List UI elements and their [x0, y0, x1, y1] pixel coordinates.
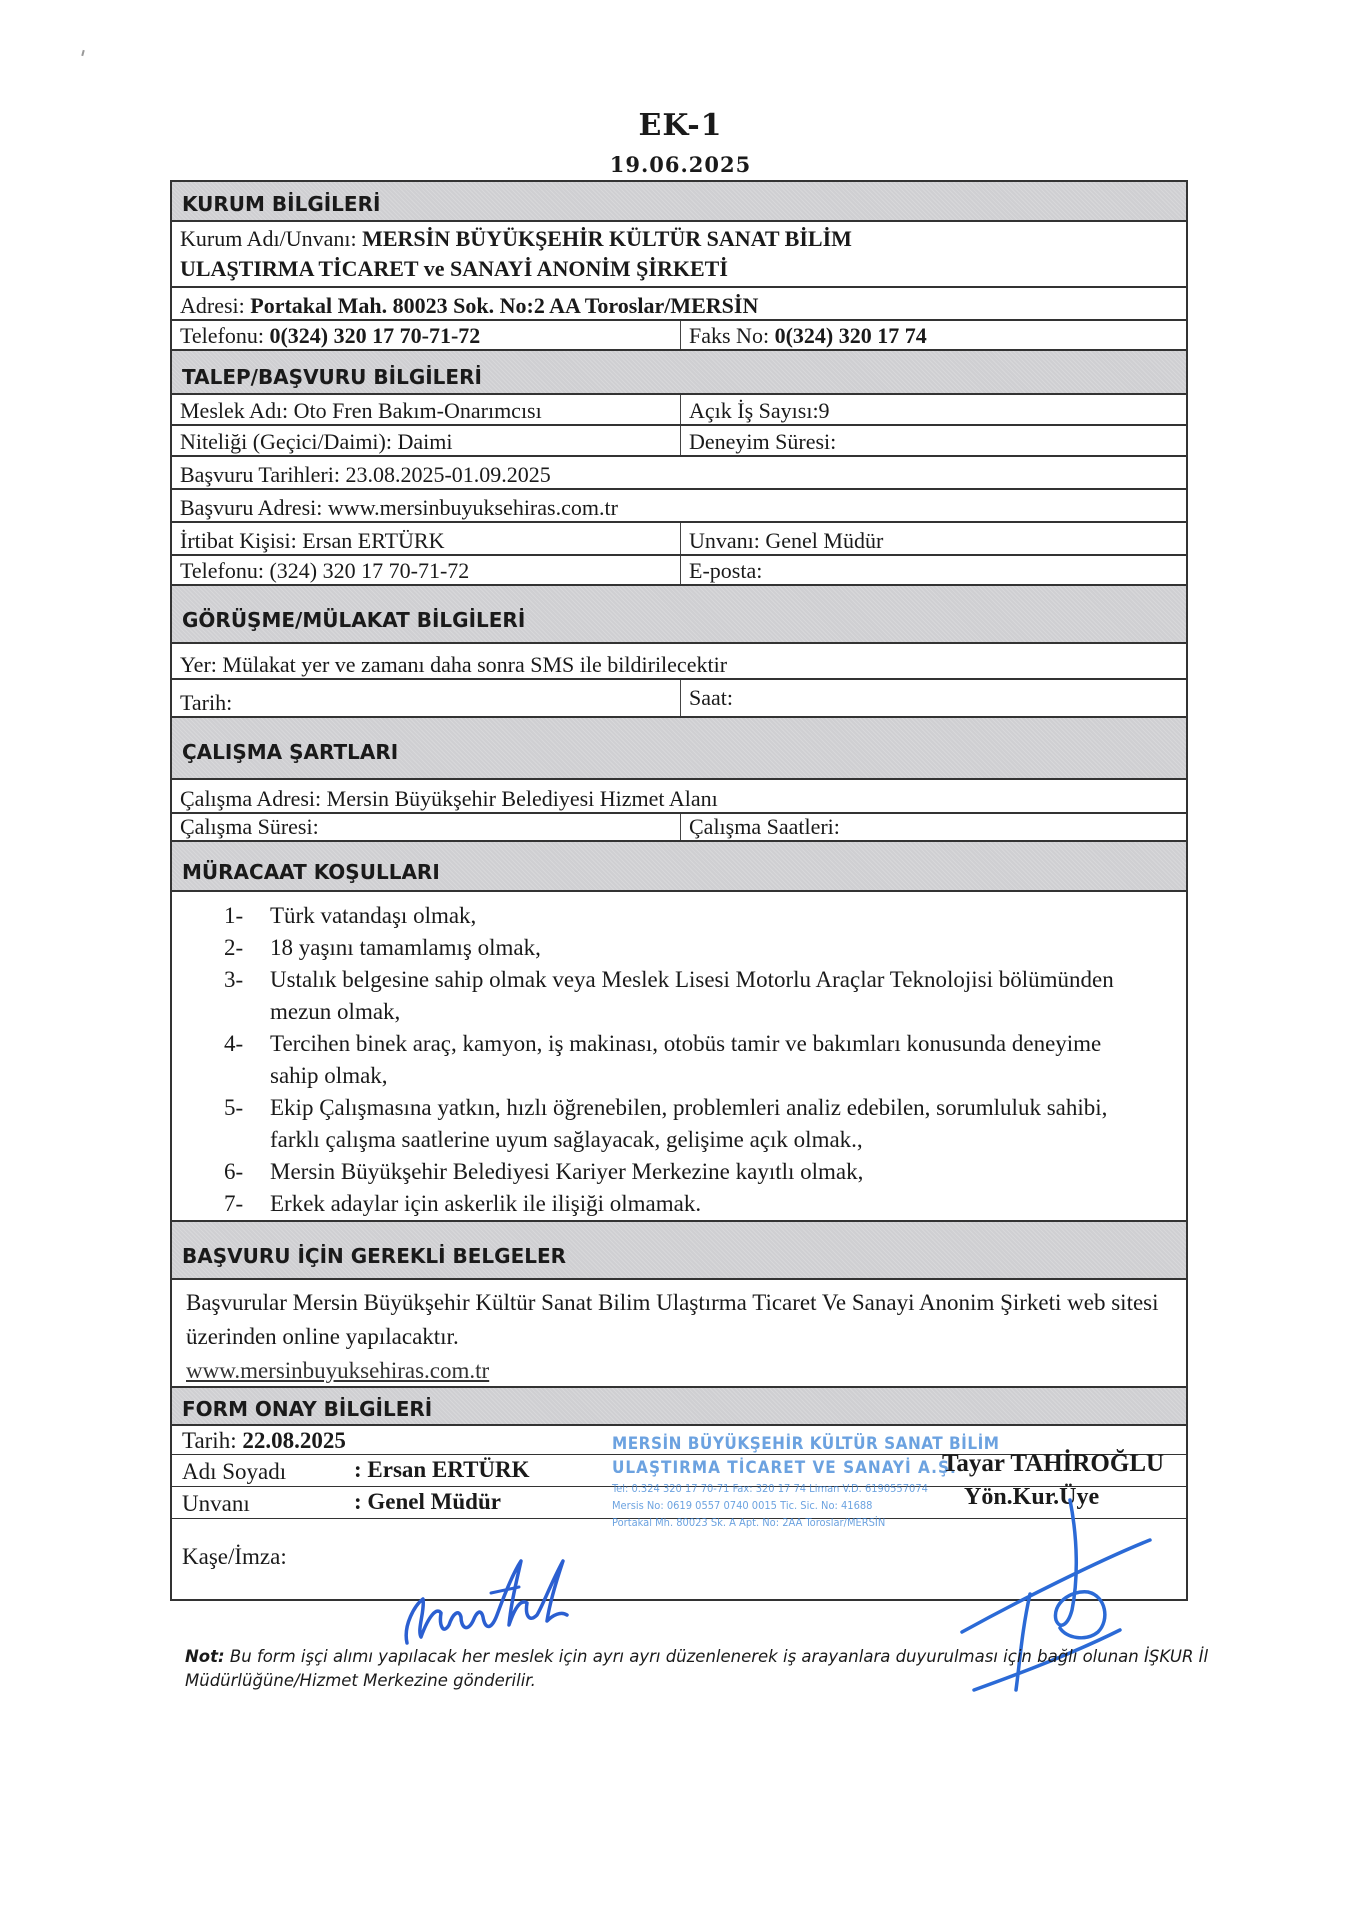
- interview-time-label: Saat:: [681, 680, 1186, 716]
- section-heading-kurum: KURUM BİLGİLERİ: [172, 182, 1186, 222]
- experience-duration: Deneyim Süresi:: [681, 426, 1186, 455]
- condition-item: 4-Tercihen binek araç, kamyon, iş makina…: [172, 1028, 1186, 1092]
- condition-item: 2-18 yaşını tamamlamış olmak,: [172, 932, 1186, 964]
- website-link[interactable]: www.mersinbuyuksehiras.com.tr: [186, 1354, 1172, 1388]
- second-signer-name: Tayar TAHİROĞLU: [942, 1450, 1164, 1478]
- section-heading-onay: FORM ONAY BİLGİLERİ: [172, 1388, 1186, 1426]
- interview-time-row: Tarih: Saat:: [172, 680, 1186, 718]
- section-heading-belgeler: BAŞVURU İÇİN GEREKLİ BELGELER: [172, 1222, 1186, 1280]
- employment-type: Niteliği (Geçici/Daimi): Daimi: [172, 426, 681, 455]
- document-date: 19.06.2025: [0, 152, 1361, 177]
- fax-label: Faks No:: [689, 323, 769, 349]
- open-positions: Açık İş Sayısı:9: [681, 395, 1186, 424]
- talep-row: Telefonu: (324) 320 17 70-71-72 E-posta:: [172, 556, 1186, 586]
- condition-item: 6-Mersin Büyükşehir Belediyesi Kariyer M…: [172, 1156, 1186, 1188]
- application-conditions-list: 1-Türk vatandaşı olmak, 2-18 yaşını tama…: [172, 892, 1186, 1222]
- documents-text: Başvurular Mersin Büyükşehir Kültür Sana…: [186, 1286, 1172, 1354]
- address-label: Adresi:: [180, 293, 245, 319]
- contact-phone: Telefonu: (324) 320 17 70-71-72: [172, 556, 681, 584]
- institution-phone-row: Telefonu: 0(324) 320 17 70-71-72 Faks No…: [172, 321, 1186, 351]
- application-address: Başvuru Adresi: www.mersinbuyuksehiras.c…: [172, 490, 1186, 521]
- approver-name: : Ersan ERTÜRK: [354, 1457, 530, 1483]
- application-dates: Başvuru Tarihleri: 23.08.2025-01.09.2025: [172, 457, 1186, 488]
- footnote: Not: Bu form işçi alımı yapılacak her me…: [185, 1645, 1215, 1693]
- approval-date: Tarih: 22.08.2025: [182, 1428, 346, 1454]
- scan-artifact: [81, 50, 84, 56]
- interview-date-label: Tarih:: [172, 680, 681, 716]
- talep-row: Başvuru Tarihleri: 23.08.2025-01.09.2025: [172, 457, 1186, 490]
- job-request-form: KURUM BİLGİLERİ Kurum Adı/Unvanı: MERSİN…: [170, 180, 1188, 1601]
- work-hours-label: Çalışma Saatleri:: [681, 814, 1186, 840]
- talep-row: İrtibat Kişisi: Ersan ERTÜRK Unvanı: Gen…: [172, 523, 1186, 556]
- occupation-name: Meslek Adı: Oto Fren Bakım-Onarımcısı: [172, 395, 681, 424]
- talep-row: Başvuru Adresi: www.mersinbuyuksehiras.c…: [172, 490, 1186, 523]
- contact-title: Unvanı: Genel Müdür: [681, 523, 1186, 554]
- institution-address-row: Adresi: Portakal Mah. 80023 Sok. No:2 AA…: [172, 288, 1186, 321]
- address-value: Portakal Mah. 80023 Sok. No:2 AA Torosla…: [250, 293, 758, 319]
- company-stamp: MERSİN BÜYÜKŞEHİR KÜLTÜR SANAT BİLİM ULA…: [612, 1434, 1000, 1529]
- section-heading-muracaat: MÜRACAAT KOŞULLARI: [172, 842, 1186, 892]
- footnote-text: Bu form işçi alımı yapılacak her meslek …: [185, 1647, 1208, 1690]
- phone-value: 0(324) 320 17 70-71-72: [269, 323, 480, 349]
- contact-person: İrtibat Kişisi: Ersan ERTÜRK: [172, 523, 681, 554]
- second-signer-title: Yön.Kur.Üye: [964, 1484, 1099, 1511]
- interview-place: Yer: Mülakat yer ve zamanı daha sonra SM…: [172, 644, 1186, 678]
- condition-item: 5-Ekip Çalışmasına yatkın, hızlı öğreneb…: [172, 1092, 1186, 1156]
- condition-item: 7-Erkek adaylar için askerlik ile ilişiğ…: [172, 1188, 1186, 1220]
- condition-item: 3-Ustalık belgesine sahip olmak veya Mes…: [172, 964, 1186, 1028]
- condition-item: 1-Türk vatandaşı olmak,: [172, 900, 1186, 932]
- approver-title-label: Unvanı: [182, 1491, 250, 1517]
- work-address-row: Çalışma Adresi: Mersin Büyükşehir Beledi…: [172, 780, 1186, 814]
- section-heading-calisma: ÇALIŞMA ŞARTLARI: [172, 718, 1186, 780]
- document-title: EK-1: [0, 108, 1361, 143]
- phone-label: Telefonu:: [180, 323, 264, 349]
- section-heading-talep: TALEP/BAŞVURU BİLGİLERİ: [172, 351, 1186, 395]
- work-time-row: Çalışma Süresi: Çalışma Saatleri:: [172, 814, 1186, 842]
- footnote-label: Not:: [185, 1647, 225, 1666]
- institution-name-label: Kurum Adı/Unvanı:: [180, 226, 362, 251]
- institution-name-line1: MERSİN BÜYÜKŞEHİR KÜLTÜR SANAT BİLİM: [362, 226, 852, 251]
- talep-row: Niteliği (Geçici/Daimi): Daimi Deneyim S…: [172, 426, 1186, 457]
- fax-value: 0(324) 320 17 74: [775, 323, 927, 349]
- interview-place-row: Yer: Mülakat yer ve zamanı daha sonra SM…: [172, 644, 1186, 680]
- talep-row: Meslek Adı: Oto Fren Bakım-Onarımcısı Aç…: [172, 395, 1186, 426]
- work-duration-label: Çalışma Süresi:: [172, 814, 681, 840]
- institution-name-row: Kurum Adı/Unvanı: MERSİN BÜYÜKŞEHİR KÜLT…: [172, 222, 1186, 288]
- required-documents: Başvurular Mersin Büyükşehir Kültür Sana…: [172, 1280, 1186, 1388]
- stamp-signature-label: Kaşe/İmza:: [182, 1544, 287, 1570]
- approver-title: : Genel Müdür: [354, 1489, 501, 1515]
- section-heading-gorusme: GÖRÜŞME/MÜLAKAT BİLGİLERİ: [172, 586, 1186, 644]
- approver-name-label: Adı Soyadı: [182, 1459, 286, 1485]
- contact-email: E-posta:: [681, 556, 1186, 584]
- approval-block: MERSİN BÜYÜKŞEHİR KÜLTÜR SANAT BİLİM ULA…: [172, 1426, 1186, 1601]
- work-address: Çalışma Adresi: Mersin Büyükşehir Beledi…: [172, 780, 1186, 812]
- institution-name-line2: ULAŞTIRMA TİCARET ve SANAYİ ANONİM ŞİRKE…: [180, 254, 728, 284]
